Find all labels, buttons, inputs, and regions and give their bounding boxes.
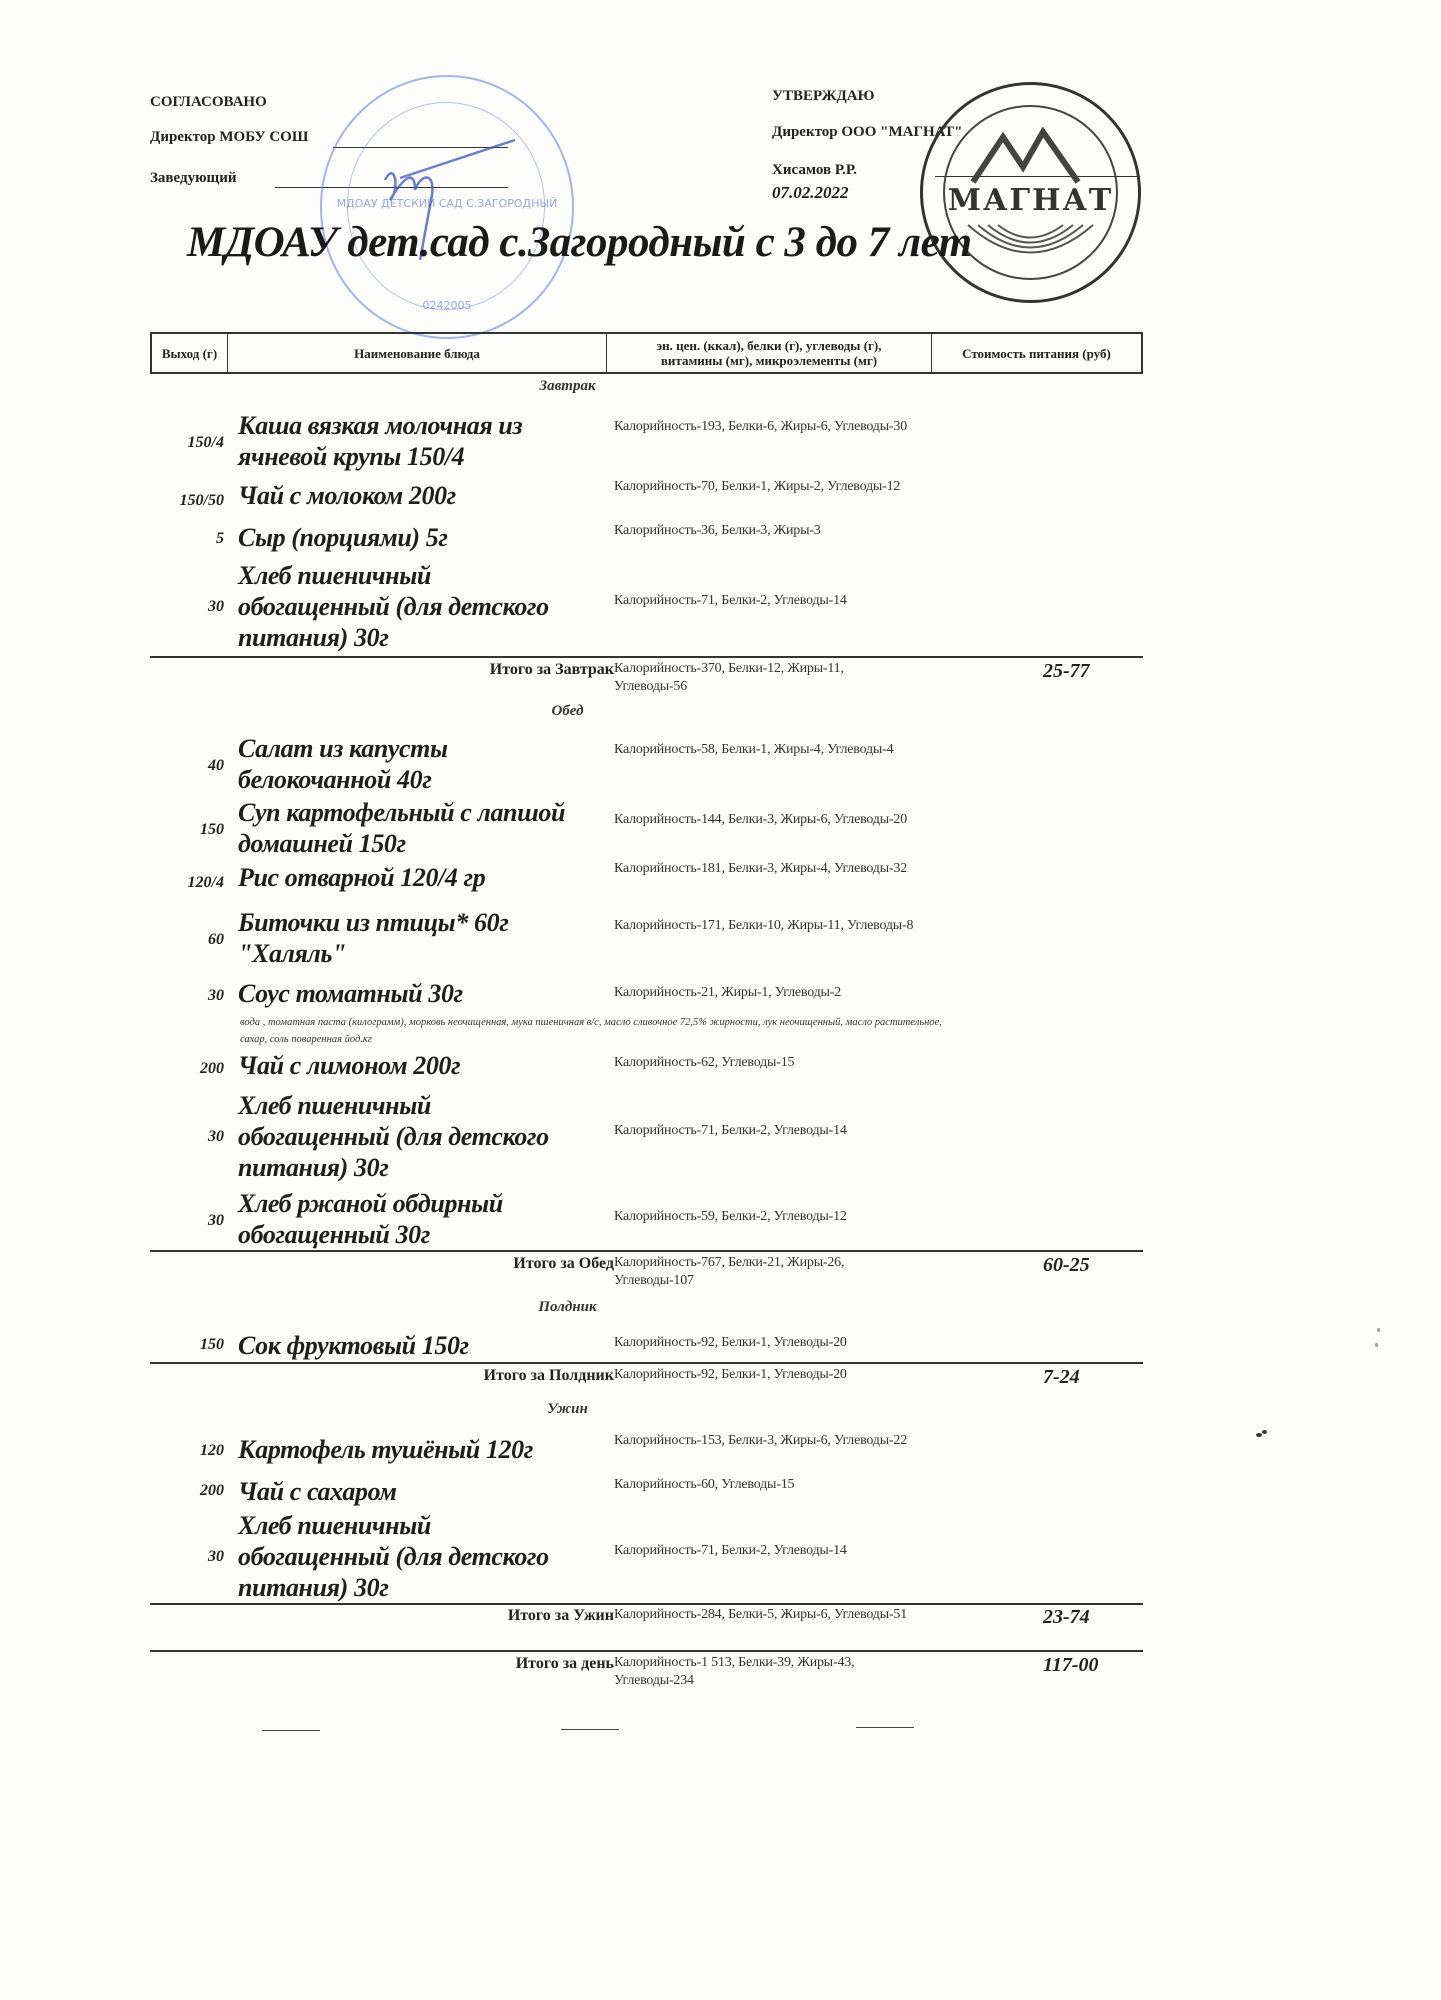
col-cost-header: Стоимость питания (руб)	[932, 334, 1141, 372]
col-yield-header: Выход (г)	[152, 334, 228, 372]
sauce-ingredients: вода , томатная паста (килограмм), морко…	[240, 1014, 960, 1048]
signature-line-bottom-2	[561, 1729, 619, 1730]
mountain-logo-icon	[968, 127, 1093, 187]
approval-right-heading: УТВЕРЖДАЮ	[772, 88, 875, 105]
scan-speck	[1375, 1343, 1378, 1347]
table-header: Выход (г) Наименование блюда эн. цен. (к…	[150, 332, 1143, 374]
col-dish-header: Наименование блюда	[228, 334, 607, 372]
section-snack: Полдник	[0, 1299, 1135, 1316]
scan-speck	[1256, 1433, 1262, 1437]
col-nutrition-header: эн. цен. (ккал), белки (г), углеводы (г)…	[607, 334, 932, 372]
cost-day-total: 117-00	[1043, 1654, 1099, 1677]
cost-snack: 7-24	[1043, 1366, 1080, 1389]
divider	[150, 1650, 1143, 1652]
page-title: МДОАУ дет.сад с.Загородный с 3 до 7 лет	[187, 218, 972, 267]
section-dinner: Ужин	[0, 1401, 1135, 1418]
section-breakfast: Завтрак	[0, 378, 1135, 395]
approval-date: 07.02.2022	[772, 183, 849, 203]
divider	[150, 656, 1143, 658]
stamp-pattern-icon	[963, 220, 1098, 270]
divider	[150, 1603, 1143, 1605]
signature-line-bottom-1	[262, 1730, 320, 1731]
divider	[150, 1250, 1143, 1252]
scan-speck	[1262, 1430, 1267, 1434]
company-stamp: МАГНАТ	[920, 82, 1141, 303]
approval-right-signer: Хисамов Р.Р.	[772, 162, 857, 179]
scan-speck	[1377, 1328, 1380, 1332]
cost-dinner: 23-74	[1043, 1606, 1090, 1629]
divider	[150, 1362, 1143, 1364]
approval-left-heading: СОГЛАСОВАНО	[150, 94, 267, 111]
cost-lunch: 60-25	[1043, 1254, 1090, 1277]
approval-left-director-label: Директор МОБУ СОШ	[150, 129, 308, 146]
section-lunch: Обед	[0, 703, 1135, 720]
cost-breakfast: 25-77	[1043, 660, 1090, 683]
signature-line-bottom-3	[856, 1727, 914, 1728]
approval-left-head-label: Заведующий	[150, 170, 236, 187]
